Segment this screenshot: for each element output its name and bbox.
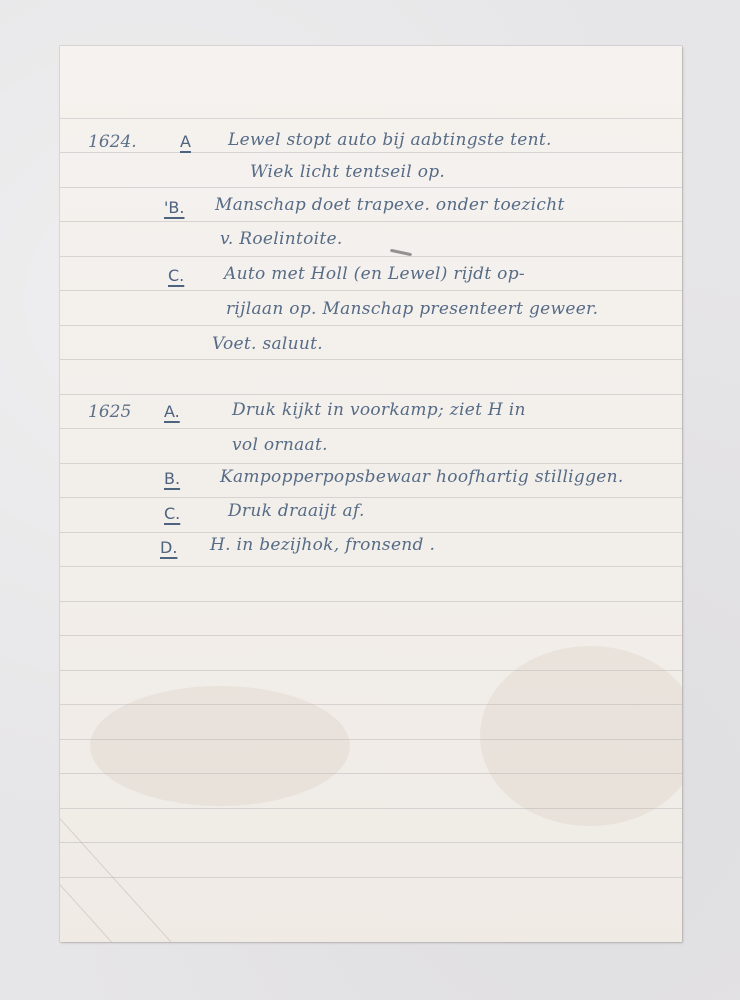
notebook-page: 1624. A Lewel stopt auto bij aabtingste … [60, 46, 682, 942]
text-line: vol ornaat. [232, 435, 328, 455]
item-label-b: 'B. [164, 198, 184, 217]
scene-number-1624: 1624. [88, 132, 137, 152]
scene-number-1625: 1625 [88, 402, 131, 422]
text-line: Manschap doet trapexe. onder toezicht [215, 195, 565, 215]
ruled-line [60, 635, 682, 636]
text-line: Druk kijkt in voorkamp; ziet H in [232, 400, 526, 420]
item-label-a: A. [164, 402, 180, 421]
ruled-line [60, 428, 682, 429]
text-line: Wiek licht tentseil op. [250, 162, 445, 182]
ruled-line [60, 187, 682, 188]
ruled-line [60, 221, 682, 222]
text-line: H. in bezijhok, fronsend . [210, 535, 435, 555]
ruled-line [60, 118, 682, 119]
ruled-line [60, 566, 682, 567]
item-label-b: B. [164, 469, 180, 488]
ruled-line [60, 152, 682, 153]
ruled-line [60, 842, 682, 843]
paper-stain [90, 686, 350, 806]
ruled-line [60, 325, 682, 326]
paper-stain [480, 646, 682, 826]
paper-crease [60, 818, 187, 942]
item-label-d: D. [160, 538, 177, 557]
ruled-line [60, 532, 682, 533]
item-label-c: C. [164, 504, 180, 523]
ruled-line [60, 394, 682, 395]
ruled-line [60, 463, 682, 464]
text-line: Voet. saluut. [212, 334, 323, 354]
item-label-c: C. [168, 266, 184, 285]
ruled-line [60, 256, 682, 257]
item-label-a: A [180, 132, 191, 151]
ruled-line [60, 497, 682, 498]
text-line: v. Roelintoite. [220, 229, 343, 249]
text-line: Druk draaijt af. [228, 501, 365, 521]
ruled-line [60, 601, 682, 602]
text-line: Kampopperpopsbewaar hoofhartig stilligge… [220, 467, 624, 487]
text-line: Auto met Holl (en Lewel) rijdt op- [224, 264, 525, 284]
ruled-line [60, 290, 682, 291]
paper-crease [60, 884, 120, 942]
text-line: Lewel stopt auto bij aabtingste tent. [228, 130, 552, 150]
text-line: rijlaan op. Manschap presenteert geweer. [226, 299, 598, 319]
ruled-line [60, 359, 682, 360]
ruled-line [60, 877, 682, 878]
